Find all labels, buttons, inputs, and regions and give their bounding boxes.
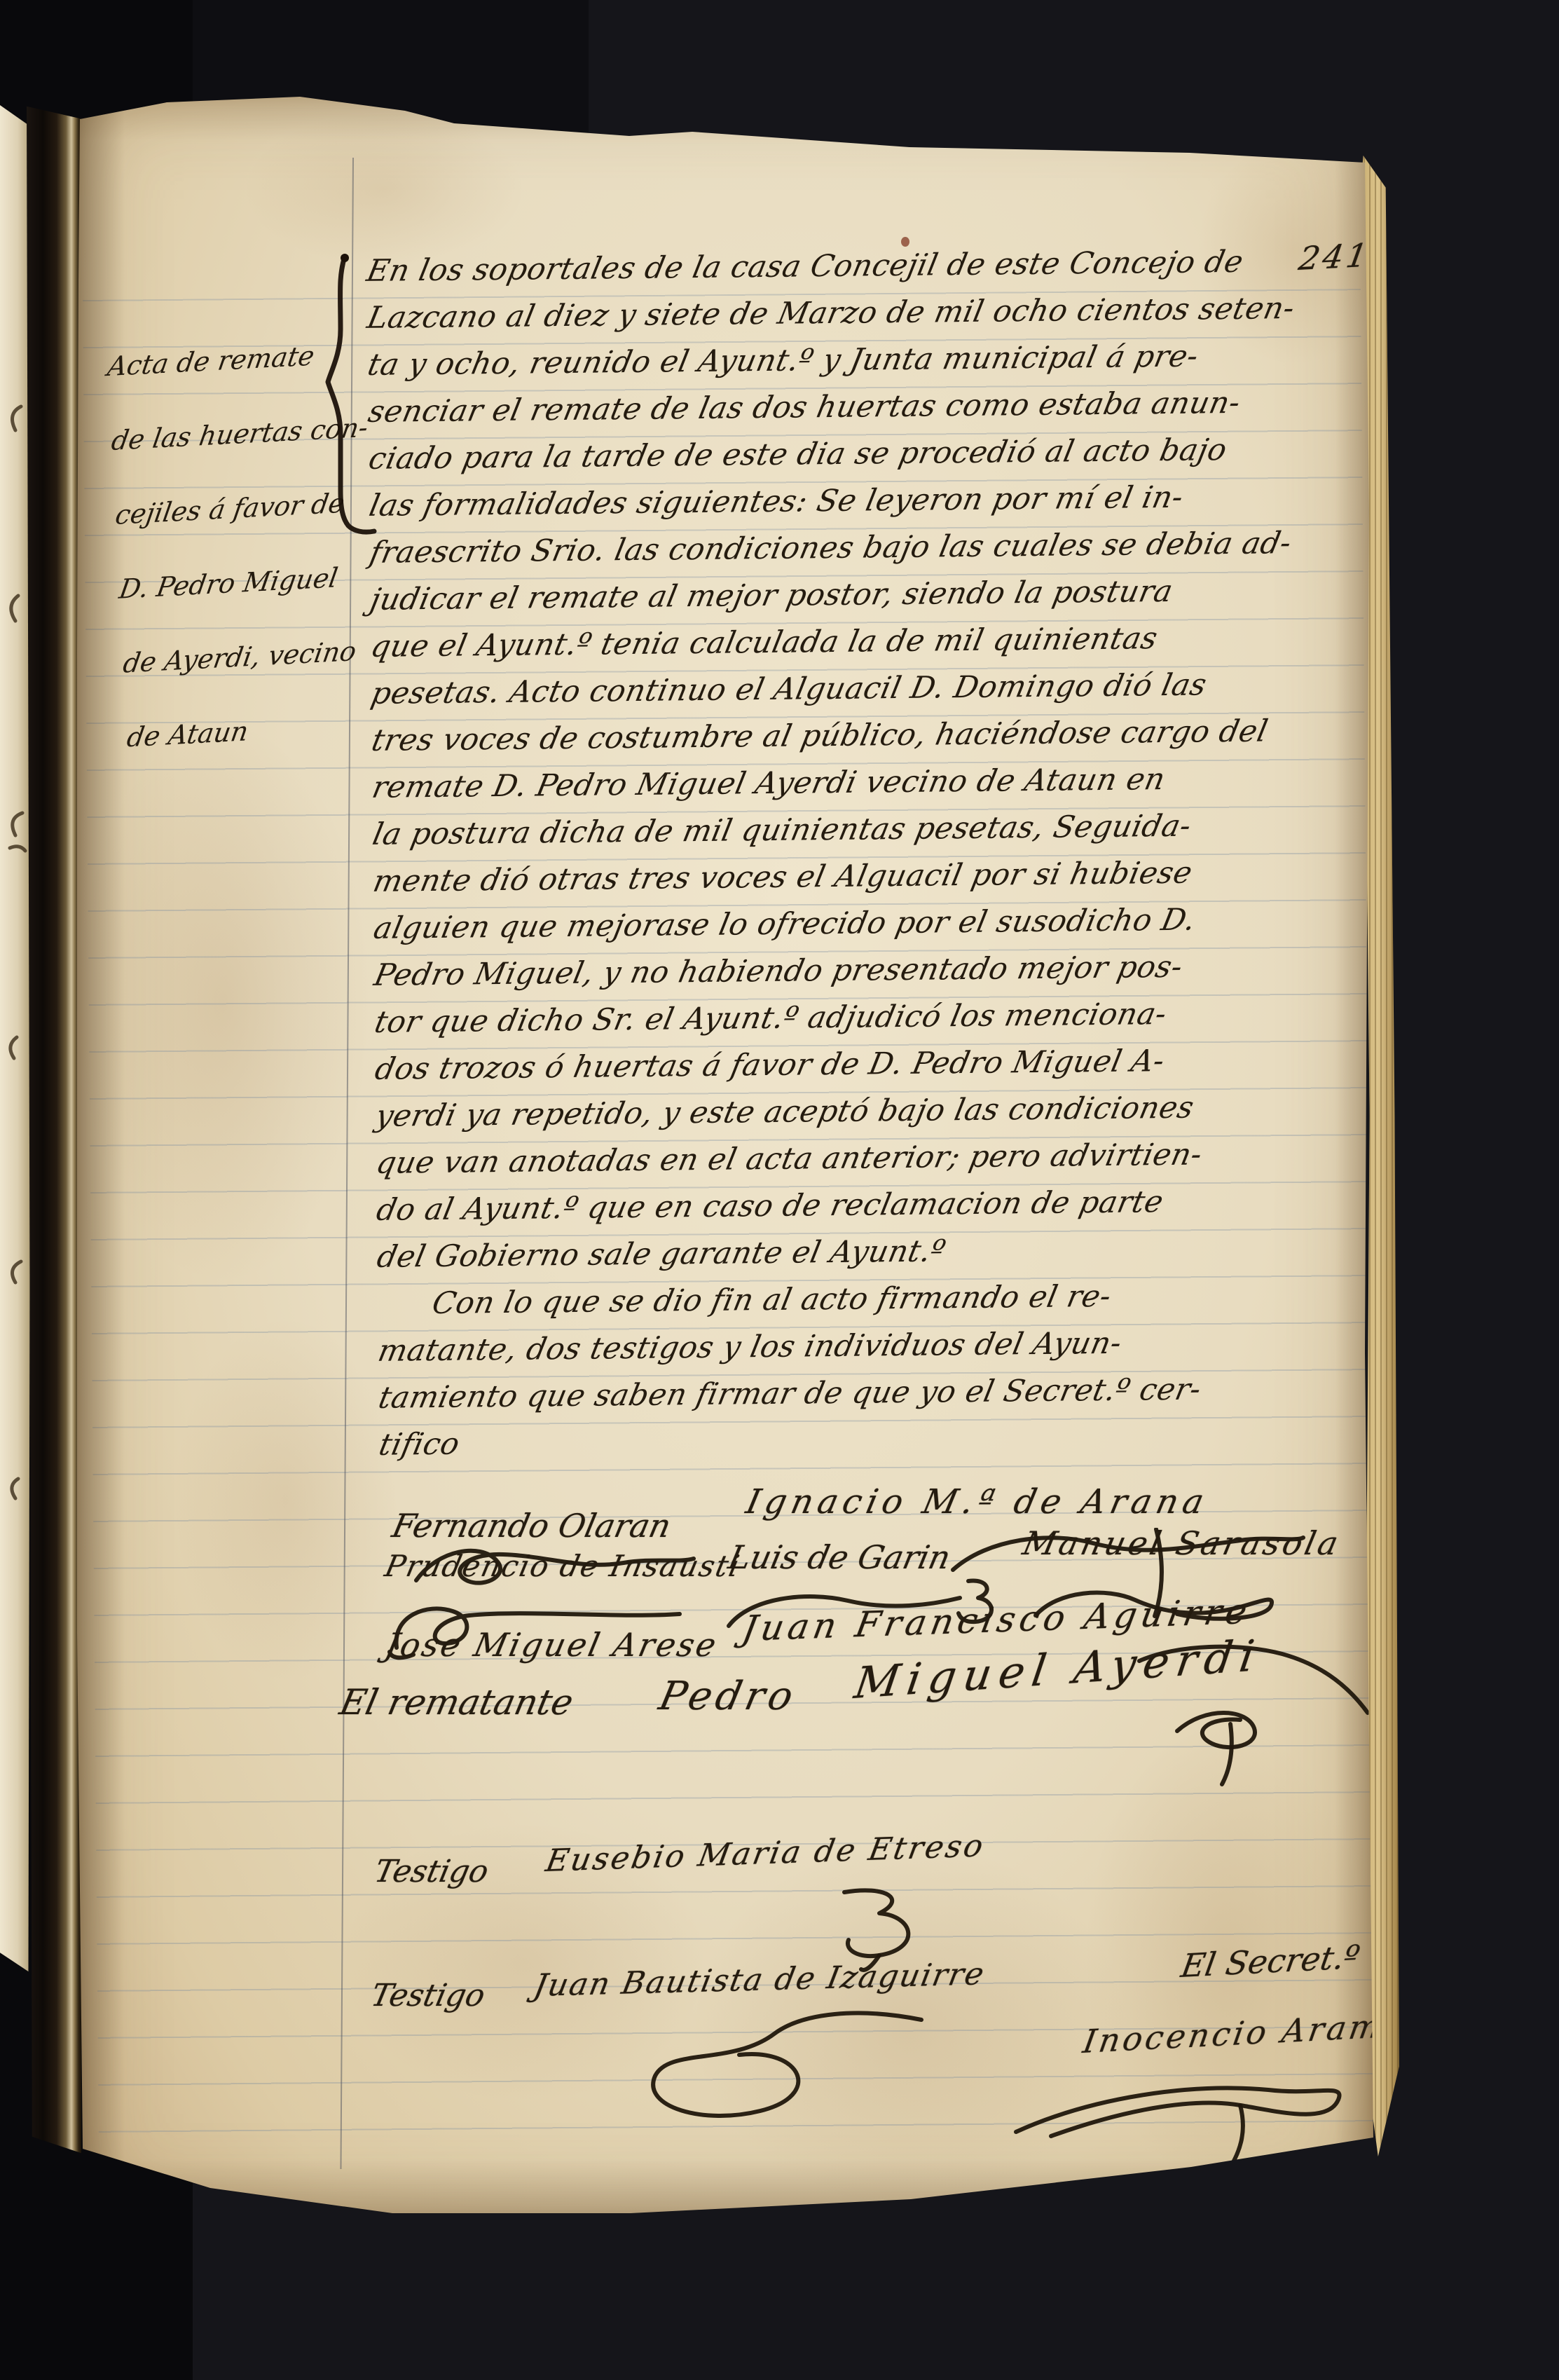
witness2-label: Testigo	[368, 1978, 488, 2013]
signature-prudencio-insausti: Prudencio de Insausti	[382, 1549, 743, 1583]
margin-note-line: Acta de remate	[99, 337, 371, 426]
signature-flourish	[592, 2006, 928, 2139]
margin-note-line: cejiles á favor de	[107, 486, 378, 575]
signature-eusebio-etreso: Eusebio Maria de Etreso	[543, 1828, 988, 1879]
margin-note: Acta de remate de las huertas con- cejil…	[95, 338, 378, 798]
book-gutter	[27, 98, 81, 2166]
signature-juan-bautista-izaguirre: Juan Bautista de Izaguirre	[531, 1956, 988, 2004]
witness1-label: Testigo	[371, 1854, 492, 1889]
paper-stain	[244, 112, 524, 266]
margin-note-line: de las huertas con-	[102, 411, 374, 500]
margin-note-line: de Ayerdi, vecino	[114, 634, 386, 723]
photograph-of-manuscript: { "document": { "page_number": "241", "l…	[0, 0, 1559, 2380]
ink-spot	[901, 237, 909, 247]
signature-flourish	[1163, 1703, 1275, 1787]
manuscript-page: 241 Acta de remate de las huertas con- c…	[76, 91, 1373, 2222]
body-text: En los soportales de la casa Concejil de…	[361, 243, 1396, 1475]
signature-jose-miguel-arese: Jose Miguel Arese	[382, 1626, 722, 1664]
signature-inocencio-aramendi: Inocencio Aramendi	[1080, 2003, 1469, 2060]
signature-fernando-olaran: Fernando Olaran	[389, 1507, 674, 1545]
paper-stain	[174, 1318, 398, 1682]
signature-manuel-sarasola: Manuel Sarasola	[1019, 1524, 1345, 1562]
margin-note-line: D. Pedro Miguel	[110, 560, 382, 649]
signature-luis-garin: Luis de Garin	[725, 1538, 954, 1576]
signature-pedro: Pedro	[655, 1674, 801, 1719]
paper-stain	[692, 1843, 1127, 2208]
signature-ignacio-arana: Ignacio M.ª de Arana	[743, 1482, 1212, 1521]
body-line: tifico	[373, 1416, 1406, 1474]
secretary-title: El Secret.º	[1179, 1938, 1362, 1985]
signature-flourish	[1009, 2069, 1359, 2181]
margin-note-line: de Ataun	[118, 709, 390, 798]
signature-rematante-label: El rematante	[336, 1682, 577, 1723]
paper-stain	[76, 722, 370, 1283]
